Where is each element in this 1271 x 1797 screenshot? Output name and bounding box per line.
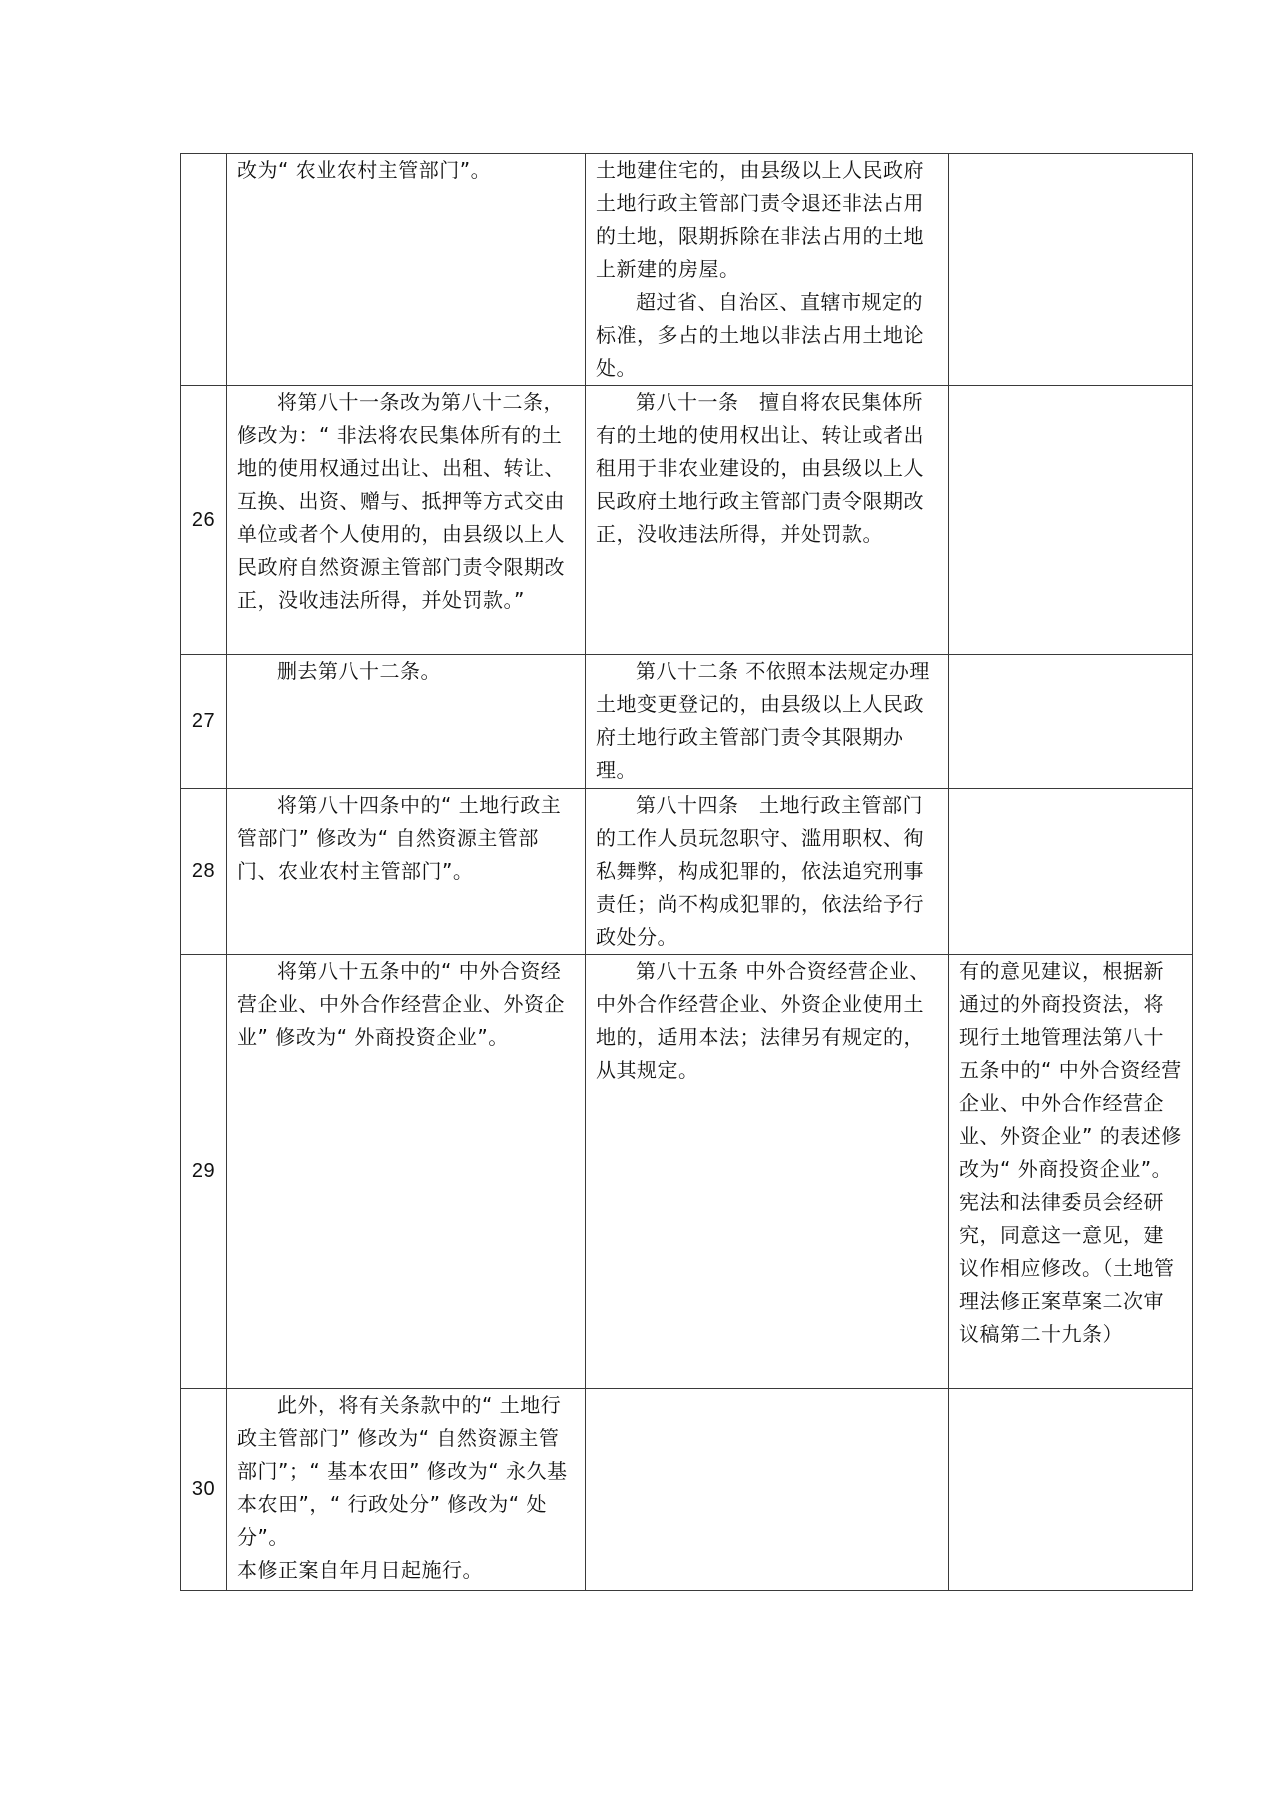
document-page: 改为“ 农业农村主管部门”。 土地建住宅的，由县级以上人民政府土地行政主管部门责…: [0, 0, 1271, 1797]
original-text-cell: 第八十五条 中外合资经营企业、中外合作经营企业、外资企业使用土地的，适用本法；法…: [586, 955, 949, 1389]
effective-date-text: 本修正案自年月日起施行。: [237, 1554, 577, 1587]
row-number: 29: [181, 955, 227, 1389]
original-text: 超过省、自治区、直辖市规定的标准，多占的土地以非法占用土地论处。: [596, 286, 940, 385]
note-cell: [949, 154, 1193, 386]
amendment-text: 将第八十四条中的“ 土地行政主管部门” 修改为“ 自然资源主管部门、农业农村主管…: [237, 789, 577, 888]
row-number: 26: [181, 386, 227, 655]
note-text: 有的意见建议，根据新通过的外商投资法，将现行土地管理法第八十五条中的“ 中外合资…: [959, 955, 1184, 1351]
original-text: 第八十四条 土地行政主管部门的工作人员玩忽职守、滥用职权、徇私舞弊，构成犯罪的，…: [596, 789, 940, 954]
table-row: 改为“ 农业农村主管部门”。 土地建住宅的，由县级以上人民政府土地行政主管部门责…: [181, 154, 1193, 386]
note-cell: [949, 789, 1193, 955]
amendment-cell: 此外，将有关条款中的“ 土地行政主管部门” 修改为“ 自然资源主管部门”；“ 基…: [227, 1389, 586, 1591]
note-cell: [949, 386, 1193, 655]
amendment-text: 改为“ 农业农村主管部门”。: [237, 154, 577, 187]
original-text-cell: [586, 1389, 949, 1591]
table-row: 27 删去第八十二条。 第八十二条 不依照本法规定办理土地变更登记的，由县级以上…: [181, 655, 1193, 789]
original-text: 第八十五条 中外合资经营企业、中外合作经营企业、外资企业使用土地的，适用本法；法…: [596, 955, 940, 1087]
table-row: 26 将第八十一条改为第八十二条，修改为：“ 非法将农民集体所有的土地的使用权通…: [181, 386, 1193, 655]
table-row: 28 将第八十四条中的“ 土地行政主管部门” 修改为“ 自然资源主管部门、农业农…: [181, 789, 1193, 955]
table-row: 29 将第八十五条中的“ 中外合资经营企业、中外合作经营企业、外资企业” 修改为…: [181, 955, 1193, 1389]
row-number: 27: [181, 655, 227, 789]
amendment-text: 此外，将有关条款中的“ 土地行政主管部门” 修改为“ 自然资源主管部门”；“ 基…: [237, 1389, 577, 1554]
row-number: 30: [181, 1389, 227, 1591]
row-number: 28: [181, 789, 227, 955]
note-cell: [949, 1389, 1193, 1591]
amendment-cell: 将第八十一条改为第八十二条，修改为：“ 非法将农民集体所有的土地的使用权通过出让…: [227, 386, 586, 655]
original-text-cell: 第八十一条 擅自将农民集体所有的土地的使用权出让、转让或者出租用于非农业建设的，…: [586, 386, 949, 655]
amendment-cell: 删去第八十二条。: [227, 655, 586, 789]
amendment-cell: 改为“ 农业农村主管部门”。: [227, 154, 586, 386]
original-text-cell: 第八十四条 土地行政主管部门的工作人员玩忽职守、滥用职权、徇私舞弊，构成犯罪的，…: [586, 789, 949, 955]
amendment-text: 将第八十五条中的“ 中外合资经营企业、中外合作经营企业、外资企业” 修改为“ 外…: [237, 955, 577, 1054]
note-cell: [949, 655, 1193, 789]
original-text: 第八十一条 擅自将农民集体所有的土地的使用权出让、转让或者出租用于非农业建设的，…: [596, 386, 940, 551]
amendment-cell: 将第八十五条中的“ 中外合资经营企业、中外合作经营企业、外资企业” 修改为“ 外…: [227, 955, 586, 1389]
amendment-table: 改为“ 农业农村主管部门”。 土地建住宅的，由县级以上人民政府土地行政主管部门责…: [180, 153, 1193, 1591]
row-number: [181, 154, 227, 386]
amendment-text: 删去第八十二条。: [237, 655, 577, 688]
amendment-cell: 将第八十四条中的“ 土地行政主管部门” 修改为“ 自然资源主管部门、农业农村主管…: [227, 789, 586, 955]
original-text: 第八十二条 不依照本法规定办理土地变更登记的，由县级以上人民政府土地行政主管部门…: [596, 655, 940, 787]
original-text-cell: 第八十二条 不依照本法规定办理土地变更登记的，由县级以上人民政府土地行政主管部门…: [586, 655, 949, 789]
original-text: 土地建住宅的，由县级以上人民政府土地行政主管部门责令退还非法占用的土地，限期拆除…: [596, 154, 940, 286]
note-cell: 有的意见建议，根据新通过的外商投资法，将现行土地管理法第八十五条中的“ 中外合资…: [949, 955, 1193, 1389]
original-text-cell: 土地建住宅的，由县级以上人民政府土地行政主管部门责令退还非法占用的土地，限期拆除…: [586, 154, 949, 386]
table-row: 30 此外，将有关条款中的“ 土地行政主管部门” 修改为“ 自然资源主管部门”；…: [181, 1389, 1193, 1591]
amendment-text: 将第八十一条改为第八十二条，修改为：“ 非法将农民集体所有的土地的使用权通过出让…: [237, 386, 577, 617]
